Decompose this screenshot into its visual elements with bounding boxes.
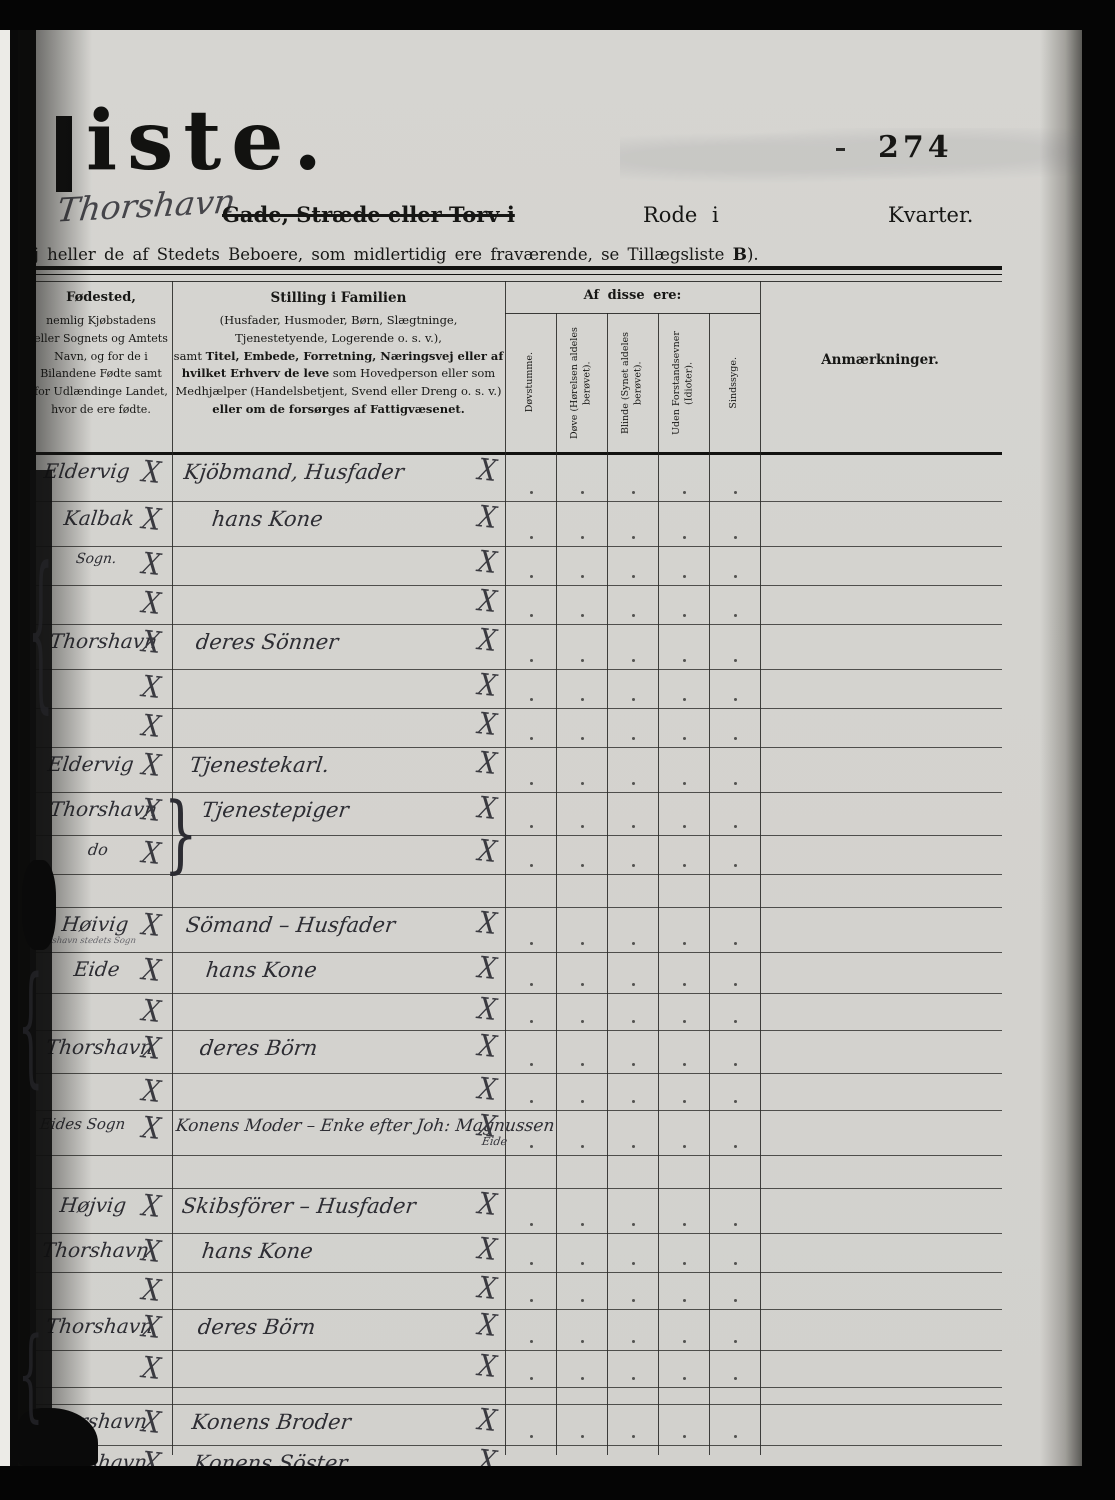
x-mark: X: [140, 1312, 162, 1344]
tally-dot: [632, 659, 635, 662]
position-description-segment: som Hovedperson eller som: [329, 366, 495, 380]
tally-dot: [581, 659, 584, 662]
position-entry: hans Kone: [211, 507, 325, 531]
tally-dot: [683, 1223, 686, 1226]
position-description-segment: Medhjælper (Handelsbetjent, Svend eller …: [176, 384, 502, 398]
tally-dot: [683, 1100, 686, 1103]
tally-dot: [581, 864, 584, 867]
tally-dot: [734, 942, 737, 945]
position-entry: deres Börn: [197, 1315, 317, 1339]
tally-dot: [632, 1063, 635, 1066]
margin-brace: {: [18, 1326, 43, 1426]
tally-dot: [632, 1020, 635, 1023]
position-description-line: Tjenestetyende, Logerende o. s. v.),: [172, 330, 505, 348]
ink-bleedthrough: [620, 128, 1080, 188]
tally-dot: [683, 659, 686, 662]
tally-dot: [683, 1020, 686, 1023]
tally-dot: [683, 782, 686, 785]
x-mark: X: [140, 549, 162, 581]
narrow-column-label: Sindssyge.: [728, 357, 740, 409]
position-title: Stilling i Familien: [172, 290, 505, 306]
position-description-segment: Titel, Embede, Forretning, Næringsvej el…: [206, 349, 504, 363]
tally-dot: [632, 536, 635, 539]
tally-dot: [530, 1223, 533, 1226]
position-entry: Kjöbmand, Husfader: [183, 460, 406, 484]
tally-dot: [581, 1063, 584, 1066]
x-mark: X: [476, 455, 498, 487]
tally-dot: [530, 864, 533, 867]
table-row: EldervigXKjöbmand, HusfaderX: [30, 455, 1002, 502]
scan-border-top: [0, 0, 1115, 30]
tally-dot: [632, 737, 635, 740]
position-description-segment: eller om de forsørges af Fattigvæsenet.: [212, 402, 464, 416]
scanner-edge-white: [0, 0, 10, 1500]
position-description-line: Medhjælper (Handelsbetjent, Svend eller …: [172, 383, 505, 401]
x-mark: X: [140, 672, 162, 704]
tally-dot: [683, 698, 686, 701]
tally-dot: [581, 1377, 584, 1380]
tally-dot: [734, 1340, 737, 1343]
table-row: [30, 1156, 1002, 1189]
scan-border-bottom: [0, 1466, 1115, 1500]
scan-border-right: [1082, 0, 1115, 1500]
x-mark: X: [476, 1405, 498, 1437]
x-mark: X: [476, 994, 498, 1026]
x-mark: X: [476, 670, 498, 702]
scanned-census-page: iste. 274 Thorshavn Gade, Stræde eller T…: [0, 0, 1115, 1500]
tally-dot: [530, 1377, 533, 1380]
position-description-line: eller om de forsørges af Fattigvæsenet.: [172, 401, 505, 419]
x-mark: X: [476, 1111, 498, 1143]
page-title: iste.: [86, 100, 332, 182]
x-mark: X: [476, 1351, 498, 1383]
table-row: XX: [30, 994, 1002, 1031]
tally-dot: [683, 1435, 686, 1438]
x-mark: X: [140, 910, 162, 942]
table-row: HøivigThorshavn stedets SognXSömand – Hu…: [30, 908, 1002, 953]
x-mark: X: [476, 586, 498, 618]
x-mark: X: [476, 748, 498, 780]
ink-blotch: [22, 860, 56, 950]
note-bold: B: [733, 245, 747, 265]
double-rule-thin: [24, 274, 1002, 275]
narrow-column-header-cell: Døvstumme.: [505, 313, 556, 452]
tally-dot: [734, 1063, 737, 1066]
tally-dot: [683, 983, 686, 986]
tally-dot: [683, 1262, 686, 1265]
x-mark: X: [476, 547, 498, 579]
x-mark: X: [476, 1031, 498, 1063]
table-row: [30, 1388, 1002, 1405]
x-mark: X: [476, 1273, 498, 1305]
tally-dot: [734, 491, 737, 494]
table-row: XX: [30, 1074, 1002, 1111]
tally-dot: [530, 491, 533, 494]
narrow-column-label: Uden Forstandsevner (Idioter).: [671, 317, 696, 449]
x-mark: X: [140, 504, 162, 536]
tally-dot: [632, 1223, 635, 1226]
x-mark: X: [140, 1191, 162, 1223]
x-mark: X: [140, 1275, 162, 1307]
tally-dot: [683, 864, 686, 867]
x-mark: X: [476, 836, 498, 868]
tally-dot: [632, 575, 635, 578]
table-row: KalbakXhans KoneX: [30, 502, 1002, 547]
narrow-column-label: Døvstumme.: [524, 352, 536, 412]
street-label-struck: Gade, Stræde eller Torv i: [222, 202, 515, 227]
table-row: HøjvigXSkibsförer – HusfaderX: [30, 1189, 1002, 1234]
position-description-line: (Husfader, Husmoder, Børn, Slægtninge,: [172, 312, 505, 330]
tally-dot: [581, 1020, 584, 1023]
table-row: XX: [30, 709, 1002, 748]
tally-dot: [581, 1299, 584, 1302]
tally-dot: [734, 825, 737, 828]
table-row: ThorshavnXderes BörnX: [30, 1310, 1002, 1351]
tally-dot: [581, 1435, 584, 1438]
rode-label: Rode i: [643, 203, 719, 227]
tally-dot: [632, 614, 635, 617]
tally-dot: [734, 1435, 737, 1438]
tally-dot: [581, 782, 584, 785]
margin-brace: {: [28, 548, 53, 718]
tally-dot: [581, 942, 584, 945]
tally-dot: [632, 983, 635, 986]
tally-dot: [632, 1100, 635, 1103]
tally-dot: [581, 1340, 584, 1343]
tally-dot: [581, 1223, 584, 1226]
x-mark: X: [140, 711, 162, 743]
tally-dot: [734, 698, 737, 701]
tally-dot: [530, 983, 533, 986]
tally-dot: [734, 1020, 737, 1023]
x-mark: X: [140, 955, 162, 987]
tally-dot: [530, 737, 533, 740]
tally-dot: [530, 1435, 533, 1438]
page-curl-shadow: [1040, 30, 1082, 1466]
position-description-segment: Tjenestetyende, Logerende o. s. v.),: [235, 331, 442, 345]
tally-dot: [581, 737, 584, 740]
tally-dot: [530, 1100, 533, 1103]
tally-dot: [734, 614, 737, 617]
x-mark: X: [476, 502, 498, 534]
tally-dot: [530, 1340, 533, 1343]
position-entry: hans Kone: [205, 958, 319, 982]
tally-dot: [581, 983, 584, 986]
tally-dot: [632, 1262, 635, 1265]
tally-dot: [581, 698, 584, 701]
x-mark: X: [140, 457, 162, 489]
tally-dot: [683, 737, 686, 740]
narrow-column-header-cell: Blinde (Synet aldeles berøvet).: [607, 313, 658, 452]
dash-mark: [836, 148, 845, 151]
tally-dot: [530, 614, 533, 617]
table-row: Eides SognXKonens Moder – Enke efter Joh…: [30, 1111, 1002, 1156]
double-rule-thick: [24, 266, 1002, 270]
tally-dot: [734, 1377, 737, 1380]
x-mark: X: [140, 1113, 162, 1145]
position-entry: Tjenestepiger: [201, 798, 351, 822]
tally-dot: [734, 782, 737, 785]
group-header-af-disse-ere: Af disse ere:: [505, 288, 760, 303]
tally-dot: [530, 942, 533, 945]
table-row: Sogn.XX: [30, 547, 1002, 586]
tally-dot: [632, 825, 635, 828]
tally-dot: [530, 825, 533, 828]
x-mark: X: [476, 709, 498, 741]
tally-dot: [683, 942, 686, 945]
position-description-segment: (Husfader, Husmoder, Børn, Slægtninge,: [220, 313, 458, 327]
tally-dot: [734, 1100, 737, 1103]
tally-dot: [581, 614, 584, 617]
x-mark: X: [476, 1189, 498, 1221]
x-mark: X: [140, 838, 162, 870]
tally-dot: [632, 1377, 635, 1380]
tally-dot: [581, 536, 584, 539]
tally-dot: [683, 1145, 686, 1148]
tally-dot: [632, 1435, 635, 1438]
x-mark: X: [140, 1033, 162, 1065]
tally-dot: [734, 864, 737, 867]
tally-dot: [683, 491, 686, 494]
tally-dot: [632, 942, 635, 945]
x-mark: X: [140, 750, 162, 782]
margin-brace: {: [18, 962, 43, 1092]
column-header-position: Stilling i Familien (Husfader, Husmoder,…: [172, 290, 505, 419]
note-line: ej heller de af Stedets Beboere, som mid…: [24, 245, 759, 265]
position-description-segment: hvilket Erhverv de leve: [182, 366, 329, 380]
narrow-column-header-cell: Døve (Hørelsen aldeles berøvet).: [556, 313, 607, 452]
tally-dot: [530, 1262, 533, 1265]
tally-dot: [632, 864, 635, 867]
position-description-line: hvilket Erhverv de leve som Hovedperson …: [172, 365, 505, 383]
tally-dot: [581, 1145, 584, 1148]
table-row: XX: [30, 670, 1002, 709]
tally-dot: [734, 1145, 737, 1148]
tally-dot: [530, 1145, 533, 1148]
x-mark: X: [140, 996, 162, 1028]
tally-dot: [581, 575, 584, 578]
tally-dot: [530, 659, 533, 662]
tally-dot: [530, 536, 533, 539]
position-entry: deres Sönner: [195, 630, 340, 654]
position-entry: deres Börn: [199, 1036, 319, 1060]
x-mark: X: [476, 1074, 498, 1106]
tally-dot: [632, 491, 635, 494]
tally-dot: [581, 1100, 584, 1103]
page-number: 274: [878, 130, 953, 165]
tally-dot: [632, 1340, 635, 1343]
narrow-column-label: Blinde (Synet aldeles berøvet).: [620, 317, 645, 449]
table-row: ThorshavnXderes SönnerX: [30, 625, 1002, 670]
column-header-remarks: Anmærkninger.: [760, 352, 1000, 368]
tally-dot: [530, 1299, 533, 1302]
tally-dot: [734, 1262, 737, 1265]
narrow-column-header-cell: Uden Forstandsevner (Idioter).: [658, 313, 709, 452]
x-mark: X: [476, 1234, 498, 1266]
x-mark: X: [140, 588, 162, 620]
tally-dot: [530, 698, 533, 701]
tally-dot: [581, 825, 584, 828]
x-mark: X: [476, 908, 498, 940]
note-pre: ej heller de af Stedets Beboere, som mid…: [24, 245, 733, 264]
position-entry: Tjenestekarl.: [189, 753, 331, 777]
position-entry: Skibsförer – Husfader: [181, 1194, 418, 1218]
tally-dot: [530, 782, 533, 785]
narrow-column-label: Døve (Hørelsen aldeles berøvet).: [569, 317, 594, 449]
table-row: XX: [30, 1351, 1002, 1388]
tally-dot: [683, 614, 686, 617]
note-post: ).: [747, 245, 759, 264]
table-row: XX: [30, 1273, 1002, 1310]
x-mark: X: [140, 1076, 162, 1108]
tally-dot: [734, 1299, 737, 1302]
tally-dot: [632, 1299, 635, 1302]
tally-dot: [581, 491, 584, 494]
tally-dot: [632, 782, 635, 785]
position-description-line: samt Titel, Embede, Forretning, Næringsv…: [172, 348, 505, 366]
tally-dot: [530, 1020, 533, 1023]
x-mark: X: [476, 625, 498, 657]
tally-dot: [734, 1223, 737, 1226]
position-entry: hans Kone: [201, 1239, 315, 1263]
tally-dot: [734, 737, 737, 740]
position-entry: Sömand – Husfader: [185, 913, 397, 937]
x-mark: X: [140, 1407, 162, 1439]
tally-dot: [683, 1299, 686, 1302]
table-row: ThorshavnXderes BörnX: [30, 1031, 1002, 1074]
table-row: ThorshavnXKonens BroderX: [30, 1405, 1002, 1446]
tally-dot: [530, 1063, 533, 1066]
position-entry: Konens Moder – Enke efter Joh: Magnussen: [175, 1116, 556, 1136]
position-entry: Konens Broder: [191, 1410, 353, 1434]
tally-dot: [530, 575, 533, 578]
tally-dot: [683, 825, 686, 828]
tally-dot: [683, 1377, 686, 1380]
tally-dot: [734, 659, 737, 662]
table-row: XX: [30, 586, 1002, 625]
tally-dot: [632, 698, 635, 701]
tally-dot: [632, 1145, 635, 1148]
kvarter-label: Kvarter.: [888, 203, 973, 227]
tally-dot: [734, 536, 737, 539]
x-mark: X: [140, 627, 162, 659]
scanner-edge-gap: [10, 0, 18, 1500]
x-mark: X: [476, 793, 498, 825]
table-top-rule: [30, 281, 1002, 282]
tally-dot: [734, 983, 737, 986]
tally-dot: [683, 536, 686, 539]
tally-dot: [734, 575, 737, 578]
tally-dot: [683, 1063, 686, 1066]
x-mark: X: [140, 1353, 162, 1385]
grouping-brace: }: [163, 791, 198, 875]
tally-dot: [683, 575, 686, 578]
table-row: ThorshavnXTjenestepigerX}: [30, 793, 1002, 836]
position-description-segment: samt: [174, 349, 206, 363]
x-mark: X: [476, 953, 498, 985]
table-row: ThorshavnXhans KoneX: [30, 1234, 1002, 1273]
position-description: (Husfader, Husmoder, Børn, Slægtninge,Tj…: [172, 312, 505, 419]
narrow-column-header-cell: Sindssyge.: [709, 313, 760, 452]
tally-dot: [683, 1340, 686, 1343]
table-row: EideXhans KoneX: [30, 953, 1002, 994]
tally-dot: [581, 1262, 584, 1265]
x-mark: X: [140, 1236, 162, 1268]
x-mark: X: [476, 1310, 498, 1342]
table-body: EldervigXKjöbmand, HusfaderXKalbakXhans …: [30, 455, 1002, 1481]
x-mark: X: [140, 795, 162, 827]
